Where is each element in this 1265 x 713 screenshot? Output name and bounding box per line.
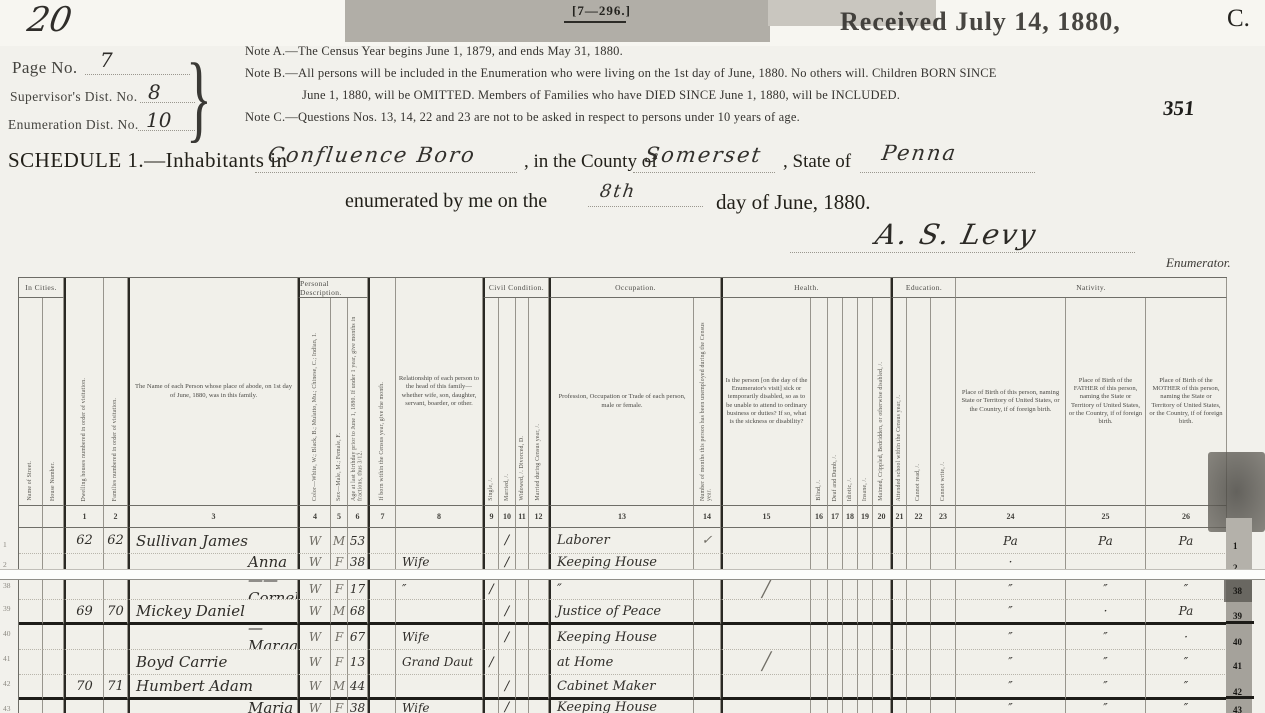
census-table: In Cities.Personal Description.Civil Con… [18,277,1227,713]
column-number-22: 22 [907,506,931,528]
cell-line41-dwelling [64,650,104,675]
cell-line43-birth_father: ″ [1066,700,1146,713]
cell-line39-write [931,600,956,625]
cell-line1-born_month [368,528,396,554]
cell-line41-born_month [368,650,396,675]
column-number-9: 9 [483,506,499,528]
header-label-sickness: Is the person [on the day of the Enumera… [723,298,810,505]
column-number-5: 5 [331,506,348,528]
cell-line39-relationship [396,600,483,625]
header-street: Name of Street. [19,298,43,506]
left-line-number: 41 [3,654,11,663]
state-line [860,158,1035,173]
cell-line40-sex: F [331,625,348,650]
column-number-10: 10 [499,506,516,528]
cell-line38-relationship: ″ [396,579,483,600]
cell-line43-birth_mother: ″ [1146,700,1227,713]
cell-line42-widowed [516,675,529,700]
right-line-number: 41 [1233,661,1242,671]
header-label-school: Attended school within the Census year, … [896,395,903,501]
column-number-12: 12 [529,506,549,528]
header-label-family: Families numbered in order of visitation… [112,398,119,501]
cell-line42-family: 71 [104,675,128,700]
header-read: Cannot read, /. [907,298,931,506]
header-label-born_month: If born within the Census year, give the… [379,382,386,501]
cell-line42-relationship [396,675,483,700]
cell-line42-birth_father: ″ [1066,675,1146,700]
cell-line1-birth_father: Pa [1066,528,1146,554]
heavy-rule-extension [1226,621,1254,624]
header-name: The Name of each Person whose place of a… [128,278,298,506]
cell-line1-family: 62 [104,528,128,554]
cell-line38-color: W [298,579,331,600]
header-idiotic: Idiotic, /. [843,298,858,506]
cell-line39-maimed [873,600,891,625]
cell-line1-sickness [721,528,811,554]
cell-line42-sex: M [331,675,348,700]
cell-line43-occupation: Keeping House [549,700,694,713]
cell-line1-maimed [873,528,891,554]
header-school: Attended school within the Census year, … [891,298,907,506]
cell-line1-unemployed: ✓ [694,528,721,554]
cell-line38-birth_father: ″ [1066,579,1146,600]
cell-line41-birth_self: ″ [956,650,1066,675]
cell-line41-age: 13 [348,650,368,675]
cell-line41-birth_father: ″ [1066,650,1146,675]
cell-line43-birth_self: ″ [956,700,1066,713]
cell-line38-occupation: ″ [549,579,694,600]
cell-line42-street [19,675,43,700]
enumeration-dist-value: 10 [146,108,171,132]
cell-line1-write [931,528,956,554]
cell-line1-single [483,528,499,554]
cell-line39-birth_father: · [1066,600,1146,625]
cell-line41-insane [858,650,873,675]
cell-line39-single [483,600,499,625]
column-number-25: 25 [1066,506,1146,528]
header-label-unemployed: Number of months this person has been un… [700,309,713,501]
cell-line40-occupation: Keeping House [549,625,694,650]
column-number-1: 1 [64,506,104,528]
scan-seam [0,569,1265,580]
cell-line43-sickness [721,700,811,713]
cell-line1-street [19,528,43,554]
column-group-nativity-: Nativity. [956,278,1227,298]
cell-line39-insane [858,600,873,625]
cell-line40-street [19,625,43,650]
cell-line1-widowed [516,528,529,554]
cell-line41-maimed [873,650,891,675]
cell-line1-sex: M [331,528,348,554]
left-line-number: 42 [3,679,11,688]
header-label-birth_self: Place of Birth of this person, naming St… [956,298,1065,505]
cell-line39-birth_self: ″ [956,600,1066,625]
cell-line39-occupation: Justice of Peace [549,600,694,625]
cell-line39-birth_mother: Pa [1146,600,1227,625]
place-line [255,158,517,173]
cell-line43-maimed [873,700,891,713]
header-label-idiotic: Idiotic, /. [847,478,854,501]
cell-line1-birth_self: Pa [956,528,1066,554]
cell-line38-married [499,579,516,600]
column-number-17: 17 [828,506,843,528]
cell-line41-family [104,650,128,675]
header-label-write: Cannot write, /. [940,462,947,501]
cell-line42-house [43,675,64,700]
cell-line40-color: W [298,625,331,650]
cell-line41-widowed [516,650,529,675]
cell-line38-insane [858,579,873,600]
cell-line42-married: / [499,675,516,700]
cell-line38-single: / [483,579,499,600]
cell-line40-family [104,625,128,650]
form-code: [7—296.] [572,3,631,19]
cell-line42-idiotic [843,675,858,700]
cell-line40-widowed [516,625,529,650]
header-label-married: Married, /. [504,474,511,501]
cell-line1-insane [858,528,873,554]
cell-line41-name: Boyd Carrie [128,650,298,675]
header-label-widowed: Widowed, /. Divorced, D. [519,436,526,501]
header-dwelling: Dwelling houses numbered in order of vis… [64,278,104,506]
cell-line40-born_month [368,625,396,650]
cell-line39-unemployed [694,600,721,625]
cell-line40-age: 67 [348,625,368,650]
cell-line41-relationship: Grand Daut [396,650,483,675]
cell-line43-unemployed [694,700,721,713]
cell-line39-house [43,600,64,625]
cell-line42-occupation: Cabinet Maker [549,675,694,700]
county-line [633,158,775,173]
enumeration-dist-label: Enumeration Dist. No. [8,117,139,133]
header-single: Single, /. [483,298,499,506]
cell-line40-name: — Margaret [128,625,298,650]
cell-line43-write [931,700,956,713]
cell-line1-read [907,528,931,554]
cell-line41-unemployed [694,650,721,675]
note-a: Note A.—The Census Year begins June 1, 1… [245,44,623,59]
header-age: Age at last birthday prior to June 1, 18… [348,298,368,506]
cell-line1-relationship [396,528,483,554]
header-write: Cannot write, /. [931,298,956,506]
cell-line40-write [931,625,956,650]
fields-brace: } [186,42,212,154]
header-occupation: Profession, Occupation or Trade of each … [549,298,694,506]
left-line-number: 43 [3,704,11,713]
cell-line38-name: —— Cornelia [128,579,298,600]
cell-line43-relationship: Wife [396,700,483,713]
header-label-street: Name of Street. [27,461,34,501]
page-no-value: 7 [100,48,113,72]
header-married_year: Married during Census year, /. [529,298,549,506]
enumerator-label: Enumerator. [1166,255,1231,271]
cell-line40-maimed [873,625,891,650]
cell-line39-read [907,600,931,625]
cell-line41-write [931,650,956,675]
cell-line38-deaf [828,579,843,600]
cell-line43-blind [811,700,828,713]
state-label: , State of [783,151,851,173]
header-label-relationship: Relationship of each person to the head … [396,278,482,505]
cell-line39-dwelling: 69 [64,600,104,625]
cell-line42-birth_mother: ″ [1146,675,1227,700]
cell-line41-idiotic [843,650,858,675]
cell-line39-widowed [516,600,529,625]
cell-line39-school [891,600,907,625]
cell-line40-deaf [828,625,843,650]
column-number-19: 19 [858,506,873,528]
cell-line38-widowed [516,579,529,600]
cell-line38-married_year [529,579,549,600]
cell-line40-unemployed [694,625,721,650]
cell-line41-read [907,650,931,675]
header-label-color: Color—White, W.; Black, B.; Mulatto, Mu.… [312,333,319,501]
cell-line1-married_year [529,528,549,554]
received-stamp: Received July 14, 1880, [840,7,1121,37]
cell-line43-deaf [828,700,843,713]
cell-line40-birth_mother: · [1146,625,1227,650]
cell-line42-single [483,675,499,700]
header-married: Married, /. [499,298,516,506]
cell-line39-name: Mickey Daniel [128,600,298,625]
heavy-rule-extension [1226,696,1254,699]
cell-line39-family: 70 [104,600,128,625]
cell-line40-house [43,625,64,650]
cell-line41-birth_mother: ″ [1146,650,1227,675]
enumerated-date-suffix: day of June, 1880. [716,190,871,215]
cell-line42-blind [811,675,828,700]
cell-line43-insane [858,700,873,713]
column-group-education-: Education. [891,278,956,298]
cell-line38-birth_self: ″ [956,579,1066,600]
tape-smudge [345,0,770,42]
header-color: Color—White, W.; Black, B.; Mulatto, Mu.… [298,298,331,506]
cell-line41-blind [811,650,828,675]
cell-line40-sickness [721,625,811,650]
cell-line38-age: 17 [348,579,368,600]
header-label-single: Single, /. [488,478,495,501]
cell-line41-single: / [483,650,499,675]
cell-line41-sex: F [331,650,348,675]
cell-line42-deaf [828,675,843,700]
corner-letter: C. [1227,5,1250,33]
cell-line39-married: / [499,600,516,625]
census-document: { "header": { "penciled_number": "20", "… [0,0,1265,713]
cell-line43-sex: F [331,700,348,713]
signature-line [790,238,1135,253]
cell-line43-born_month [368,700,396,713]
note-b-line2: June 1, 1880, will be OMITTED. Members o… [302,88,900,103]
cell-line41-occupation: at Home [549,650,694,675]
cell-line38-birth_mother: ″ [1146,579,1227,600]
cell-line43-widowed [516,700,529,713]
schedule-title: SCHEDULE 1.—Inhabitants in [8,148,288,173]
cell-line38-write [931,579,956,600]
column-number-21: 21 [891,506,907,528]
cell-line38-sickness: ╱ [721,579,811,600]
cell-line43-school [891,700,907,713]
column-group-civil-condition-: Civil Condition. [483,278,549,298]
cell-line41-house [43,650,64,675]
column-number-street [19,506,43,528]
cell-line38-school [891,579,907,600]
cell-line43-read [907,700,931,713]
cell-line40-married_year [529,625,549,650]
cell-line38-born_month [368,579,396,600]
column-number-15: 15 [721,506,811,528]
header-relationship: Relationship of each person to the head … [396,278,483,506]
cell-line40-birth_father: ″ [1066,625,1146,650]
header-family: Families numbered in order of visitation… [104,278,128,506]
cell-line43-street [19,700,43,713]
cell-line43-married_year [529,700,549,713]
cell-line38-family [104,579,128,600]
cell-line41-school [891,650,907,675]
header-birth_self: Place of Birth of this person, naming St… [956,298,1066,506]
cell-line41-color: W [298,650,331,675]
cell-line39-blind [811,600,828,625]
cell-line39-sickness [721,600,811,625]
cell-line40-married: / [499,625,516,650]
header-label-insane: Insane, /. [862,478,869,501]
left-line-number: 39 [3,604,11,613]
right-line-number: 40 [1233,637,1242,647]
cell-line41-sickness: ╱ [721,650,811,675]
cell-line38-unemployed [694,579,721,600]
cell-line1-blind [811,528,828,554]
header-deaf: Deaf and Dumb, /. [828,298,843,506]
form-code-rule [564,21,626,23]
column-group-occupation-: Occupation. [549,278,721,298]
cell-line41-married_year [529,650,549,675]
cell-line42-age: 44 [348,675,368,700]
header-house: House Number. [43,298,64,506]
cell-line42-married_year [529,675,549,700]
header-label-blind: Blind, /. [816,480,823,501]
cell-line1-idiotic [843,528,858,554]
cell-line38-house [43,579,64,600]
cell-line41-deaf [828,650,843,675]
column-number-24: 24 [956,506,1066,528]
supervisor-dist-value: 8 [148,80,161,104]
right-line-number: 43 [1233,705,1242,713]
cell-line43-age: 38 [348,700,368,713]
header-widowed: Widowed, /. Divorced, D. [516,298,529,506]
right-line-number: 1 [1233,541,1238,551]
header-label-sex: Sex—Male, M.; Female, F. [336,433,343,501]
page-no-label: Page No. [12,58,78,78]
column-number-16: 16 [811,506,828,528]
cell-line43-married: / [499,700,516,713]
cell-line38-blind [811,579,828,600]
header-birth_father: Place of Birth of the FATHER of this per… [1066,298,1146,506]
header-label-house: House Number. [50,462,57,501]
header-label-birth_father: Place of Birth of the FATHER of this per… [1066,298,1145,505]
column-number-18: 18 [843,506,858,528]
column-number-23: 23 [931,506,956,528]
cell-line42-school [891,675,907,700]
cell-line40-school [891,625,907,650]
cell-line43-dwelling [64,700,104,713]
column-number-11: 11 [516,506,529,528]
cell-line39-idiotic [843,600,858,625]
cell-line38-dwelling [64,579,104,600]
cell-line1-house [43,528,64,554]
note-b-line1: Note B.—All persons will be included in … [245,66,997,81]
cell-line39-sex: M [331,600,348,625]
cell-line42-born_month [368,675,396,700]
right-edge-strip-top [1226,518,1252,570]
column-number-14: 14 [694,506,721,528]
cell-line42-birth_self: ″ [956,675,1066,700]
header-label-occupation: Profession, Occupation or Trade of each … [551,298,693,505]
cell-line43-family [104,700,128,713]
header-sickness: Is the person [on the day of the Enumera… [721,298,811,506]
column-number-3: 3 [128,506,298,528]
cell-line42-maimed [873,675,891,700]
header-label-deaf: Deaf and Dumb, /. [832,455,839,501]
right-line-number: 38 [1233,586,1242,596]
cell-line40-read [907,625,931,650]
column-number-house [43,506,64,528]
cell-line40-dwelling [64,625,104,650]
cell-line42-sickness [721,675,811,700]
column-group-health-: Health. [721,278,891,298]
cell-line1-age: 53 [348,528,368,554]
cell-line40-single [483,625,499,650]
header-unemployed: Number of months this person has been un… [694,298,721,506]
cell-line39-street [19,600,43,625]
cell-line39-born_month [368,600,396,625]
header-blind: Blind, /. [811,298,828,506]
column-number-4: 4 [298,506,331,528]
cell-line39-age: 68 [348,600,368,625]
sheet-number: 351 [1162,96,1196,121]
cell-line39-color: W [298,600,331,625]
left-line-number: 2 [3,560,7,569]
cell-line1-deaf [828,528,843,554]
column-group-in-cities-: In Cities. [19,278,64,298]
column-number-2: 2 [104,506,128,528]
column-number-20: 20 [873,506,891,528]
cell-line42-dwelling: 70 [64,675,104,700]
header-label-age: Age at last birthday prior to June 1, 18… [351,309,364,501]
header-label-read: Cannot read, /. [915,464,922,501]
header-born_month: If born within the Census year, give the… [368,278,396,506]
cell-line42-insane [858,675,873,700]
cell-line43-name: Maria [128,700,298,713]
cell-line39-married_year [529,600,549,625]
penciled-number: 20 [24,0,74,40]
cell-line38-read [907,579,931,600]
cell-line40-blind [811,625,828,650]
cell-line40-idiotic [843,625,858,650]
cell-line1-school [891,528,907,554]
cell-line1-name: Sullivan James [128,528,298,554]
cell-line42-unemployed [694,675,721,700]
cell-line41-married [499,650,516,675]
cell-line40-insane [858,625,873,650]
cell-line43-house [43,700,64,713]
day-line [588,192,703,207]
cell-line38-sex: F [331,579,348,600]
header-sex: Sex—Male, M.; Female, F. [331,298,348,506]
header-label-dwelling: Dwelling houses numbered in order of vis… [81,378,88,501]
cell-line38-maimed [873,579,891,600]
header-insane: Insane, /. [858,298,873,506]
cell-line40-relationship: Wife [396,625,483,650]
column-number-7: 7 [368,506,396,528]
